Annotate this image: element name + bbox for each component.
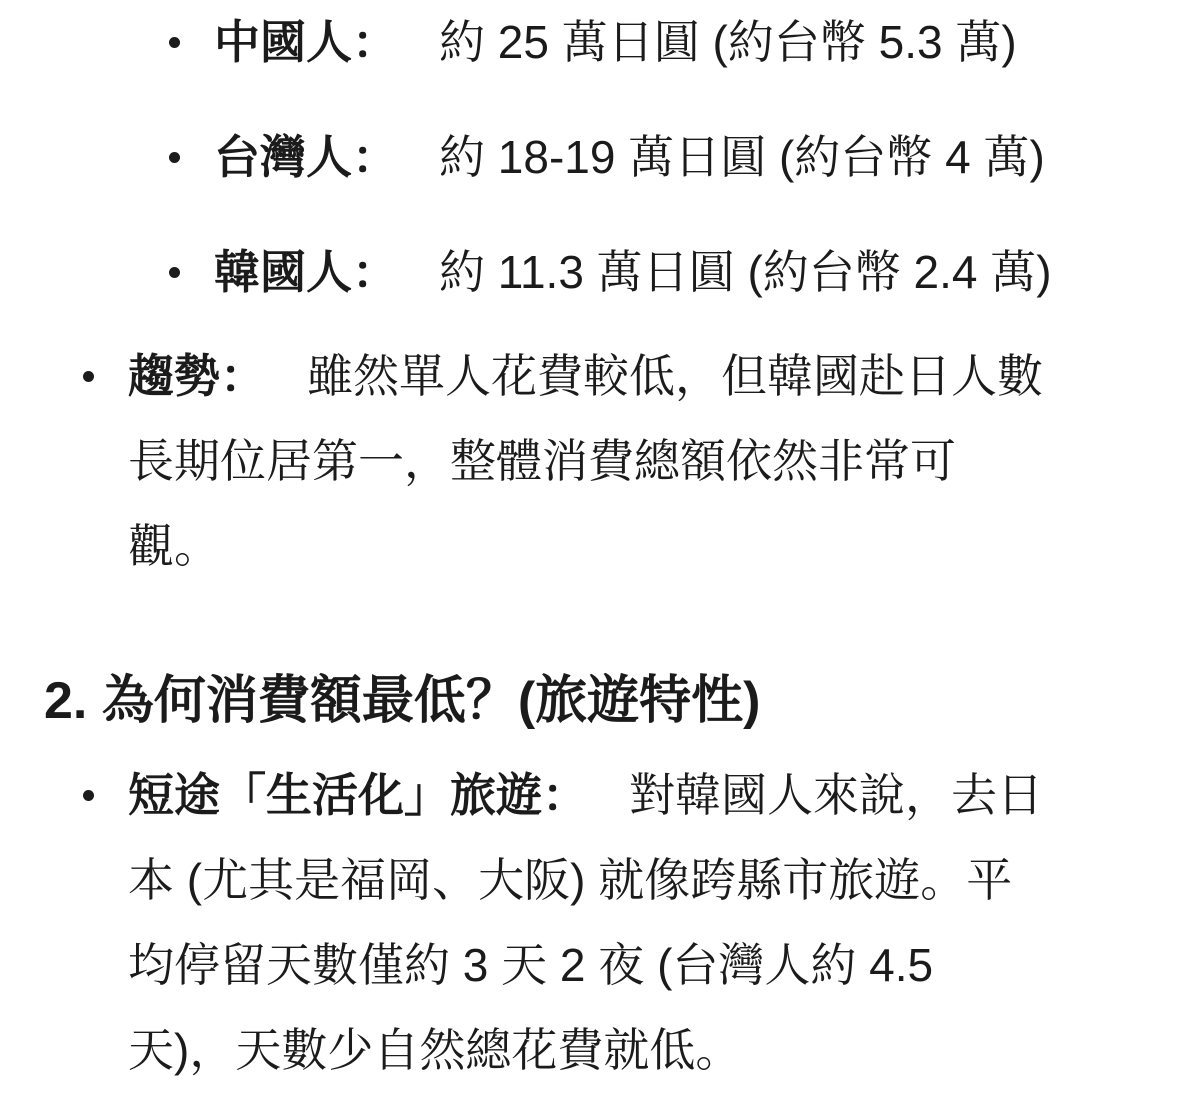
travel-line-2: 本 (尤其是福岡、大阪) 就像跨縣市旅遊。平: [128, 838, 1179, 923]
list-item-line: 韓國人：約 11.3 萬日圓 (約台幣 2.4 萬): [214, 230, 1179, 315]
list-item-china: 中國人：約 25 萬日圓 (約台幣 5.3 萬): [214, 0, 1179, 85]
list-item-line: 中國人：約 25 萬日圓 (約台幣 5.3 萬): [214, 0, 1179, 85]
item-value: 約 25 萬日圓 (約台幣 5.3 萬): [439, 16, 1017, 68]
item-label: 趨勢：: [128, 350, 266, 402]
list-item-trend: 趨勢：雖然單人花費較低，但韓國赴日人數 長期位居第一，整體消費總額依然非常可 觀…: [128, 334, 1179, 589]
item-label: 中國人：: [214, 16, 398, 68]
item-label: 韓國人：: [214, 246, 398, 298]
list-item-travel: 短途「生活化」旅遊：對韓國人來說，去日 本 (尤其是福岡、大阪) 就像跨縣市旅遊…: [128, 753, 1179, 1093]
item-value: 約 18-19 萬日圓 (約台幣 4 萬): [439, 131, 1045, 183]
trend-line-1: 趨勢：雖然單人花費較低，但韓國赴日人數: [128, 334, 1179, 419]
spending-list: 中國人：約 25 萬日圓 (約台幣 5.3 萬) 台灣人：約 18-19 萬日圓…: [0, 0, 1179, 315]
item-label: 短途「生活化」旅遊：: [128, 769, 588, 821]
item-value: 雖然單人花費較低，但韓國赴日人數: [307, 350, 1043, 402]
bullet-icon: [83, 371, 94, 382]
trend-line-2: 長期位居第一，整體消費總額依然非常可: [128, 419, 1179, 504]
item-value: 對韓國人來說，去日: [629, 769, 1043, 821]
trend-line-3: 觀。: [128, 504, 1179, 589]
travel-line-1: 短途「生活化」旅遊：對韓國人來說，去日: [128, 753, 1179, 838]
bullet-icon: [169, 37, 180, 48]
bullet-icon: [169, 152, 180, 163]
document-content: 中國人：約 25 萬日圓 (約台幣 5.3 萬) 台灣人：約 18-19 萬日圓…: [0, 0, 1179, 1093]
travel-line-3: 均停留天數僅約 3 天 2 夜 (台灣人約 4.5: [128, 923, 1179, 1008]
bullet-icon: [169, 267, 180, 278]
item-value: 約 11.3 萬日圓 (約台幣 2.4 萬): [439, 246, 1052, 298]
list-item-line: 台灣人：約 18-19 萬日圓 (約台幣 4 萬): [214, 115, 1179, 200]
bullet-icon: [83, 790, 94, 801]
travel-line-4: 天)，天數少自然總花費就低。: [128, 1008, 1179, 1093]
item-label: 台灣人：: [214, 131, 398, 183]
list-item-taiwan: 台灣人：約 18-19 萬日圓 (約台幣 4 萬): [214, 115, 1179, 200]
section-heading: 2. 為何消費額最低？(旅遊特性): [44, 659, 1179, 744]
list-item-korea: 韓國人：約 11.3 萬日圓 (約台幣 2.4 萬): [214, 230, 1179, 315]
